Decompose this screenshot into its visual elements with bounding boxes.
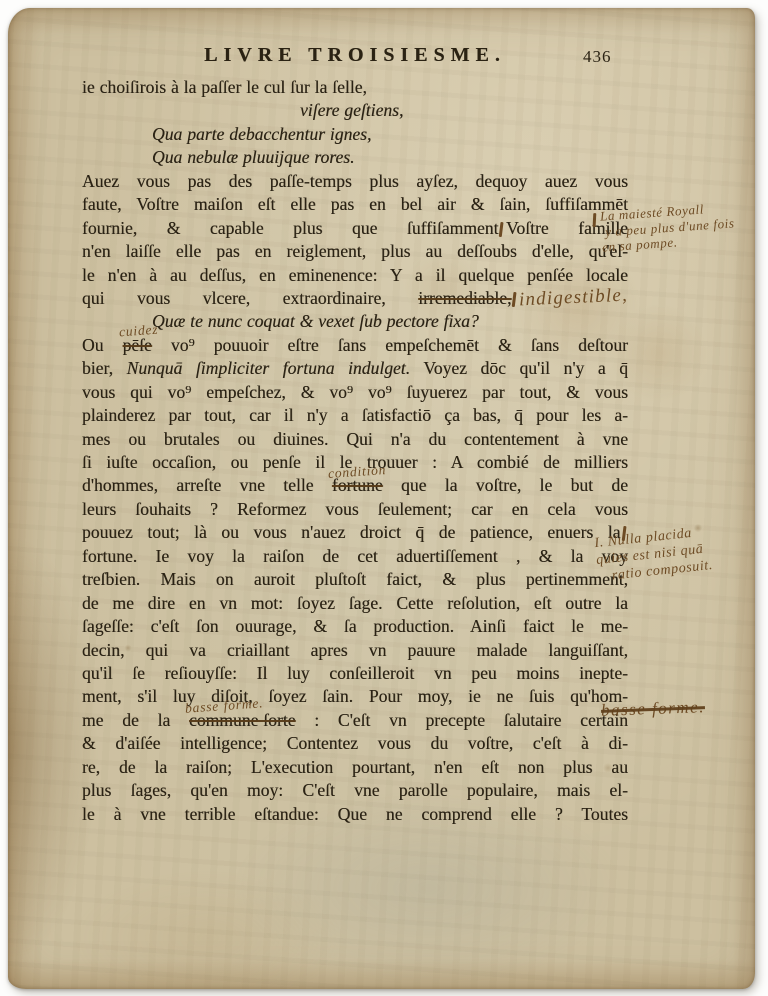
printed-text: Qua nebulæ pluuijque rores. xyxy=(152,147,355,167)
insertion-caret-mark xyxy=(499,222,503,237)
page-photo: LIVRE TROISIESME. 436 ie choiſirois à la… xyxy=(0,0,768,996)
printed-text: Qua parte debacchentur ignes, xyxy=(152,124,371,144)
printed-text: pouuez tout; là ou vous n'auez droict q̄… xyxy=(82,522,621,542)
text-line: le n'en à au deſſus, en eminenence: Y a … xyxy=(82,264,628,287)
text-line: viſere geſtiens, xyxy=(82,99,628,122)
text-line: decin, qui va criaillant apres vn pauure… xyxy=(82,639,628,662)
corrected-word: basse forme.commune ſorte xyxy=(189,709,296,732)
text-line: Ou cuidezpēſe vo⁹ pouuoir eſtre ſans emp… xyxy=(82,334,628,357)
text-line: fournie, & capable plus que ſuffiſamment… xyxy=(82,217,628,240)
printed-text: leurs ſouhaits ? Reformez vous ſeulement… xyxy=(82,499,628,519)
text-line: fortune. Ie voy la raiſon de cet aduerti… xyxy=(82,545,628,568)
printed-text: que la voſtre, le but de xyxy=(383,475,628,495)
printed-text: le à vne terrible eſtandue: Que ne compr… xyxy=(82,804,628,824)
printed-text: Nunquā ſimpliciter fortuna indulget. xyxy=(127,358,411,378)
text-line: Auez vous pas des paſſe-temps plus ayſez… xyxy=(82,170,628,193)
printed-text: Ou xyxy=(82,335,123,355)
text-line: plus ſages, qu'en moy: C'eſt vne parolle… xyxy=(82,779,628,802)
corrected-word: conditionfortune xyxy=(332,474,383,497)
text-line: mes ou brutales ou diuines. Qui n'a du c… xyxy=(82,428,628,451)
printed-text: vous qui vo⁹ empeſchez, & vo⁹ vo⁹ ſuyuer… xyxy=(82,382,628,402)
text-line: re, de la raiſon; L'execution pourtant, … xyxy=(82,756,628,779)
printed-text: mes ou brutales ou diuines. Qui n'a du c… xyxy=(82,429,628,449)
printed-text: qui vous vlcere, extraordinaire, xyxy=(82,288,418,308)
printed-text: fournie, & capable plus que ſuffiſamment xyxy=(82,218,498,238)
printed-text: decin, qui va criaillant apres vn pauure… xyxy=(82,640,628,660)
margin-note: La maiesté Royally a peu plus d'une fois… xyxy=(600,199,737,255)
printed-text: ſageſſe: c'eſt ſon ouurage, & ſa product… xyxy=(82,616,628,636)
insertion-caret-mark xyxy=(512,292,516,307)
printed-text: Quæ te nunc coquat & vexet ſub pectore f… xyxy=(152,311,479,331)
text-line: d'hommes, arreſte vne telle conditionfor… xyxy=(82,474,628,497)
text-line: leurs ſouhaits ? Reformez vous ſeulement… xyxy=(82,498,628,521)
margin-note: basse forme. xyxy=(601,699,705,718)
text-line: bier, Nunquā ſimpliciter fortuna indulge… xyxy=(82,357,628,380)
interlinear-correction: cuidez xyxy=(118,318,159,344)
text-line: faute, Voſtre maiſon eſt elle pas en bel… xyxy=(82,193,628,216)
printed-text: vo⁹ pouuoir eſtre ſans empeſchemēt & ſan… xyxy=(152,335,628,355)
text-line: treſbien. Mais on auroit pluſtoſt faict,… xyxy=(82,568,628,591)
printed-text: Auez vous pas des paſſe-temps plus ayſez… xyxy=(82,171,628,191)
handwritten-word: indigestible, xyxy=(518,284,628,312)
text-line: Qua nebulæ pluuijque rores. xyxy=(82,146,628,169)
printed-text: plainderez par tout, car il n'y a ſatisf… xyxy=(82,405,628,425)
printed-text: : C'eſt vn precepte ſalutaire certain xyxy=(296,710,628,730)
text-line: & d'aiſée intelligence; Contentez vous d… xyxy=(82,732,628,755)
printed-text: viſere geſtiens, xyxy=(300,100,403,120)
text-line: Quæ te nunc coquat & vexet ſub pectore f… xyxy=(82,310,628,333)
printed-text: qu'il ſe reſiouyſſe: Il luy conſeilleroi… xyxy=(82,663,628,683)
printed-text: plus ſages, qu'en moy: C'eſt vne parolle… xyxy=(82,780,628,800)
printed-text: irremediable, xyxy=(418,288,511,308)
text-line: Qua parte debacchentur ignes, xyxy=(82,123,628,146)
printed-text: treſbien. Mais on auroit pluſtoſt faict,… xyxy=(82,569,628,589)
printed-text: n'en laiſſe elle pas en reiglement, plus… xyxy=(82,241,628,261)
printed-text: fortune. Ie voy la raiſon de cet aduerti… xyxy=(82,546,628,566)
running-title: LIVRE TROISIESME. xyxy=(204,44,506,66)
text-line: me de la basse forme.commune ſorte : C'e… xyxy=(82,709,628,732)
printed-text: & d'aiſée intelligence; Contentez vous d… xyxy=(82,733,628,753)
text-line: pouuez tout; là ou vous n'auez droict q̄… xyxy=(82,521,628,544)
printed-text: ie choiſirois à la paſſer le cul ſur la … xyxy=(82,77,367,97)
text-block: ie choiſirois à la paſſer le cul ſur la … xyxy=(82,76,628,826)
margin-note-line: basse forme. xyxy=(601,699,705,718)
printed-text: faute, Voſtre maiſon eſt elle pas en bel… xyxy=(82,194,628,214)
printed-text: me de la xyxy=(82,710,189,730)
text-line: ment, s'il luy diſoit, ſoyez ſain. Pour … xyxy=(82,685,628,708)
text-line: le à vne terrible eſtandue: Que ne compr… xyxy=(82,803,628,826)
text-line: de me dire en vn mot: ſoyez ſage. Cette … xyxy=(82,592,628,615)
printed-text: de me dire en vn mot: ſoyez ſage. Cette … xyxy=(82,593,628,613)
printed-text: le n'en à au deſſus, en eminenence: Y a … xyxy=(82,265,628,285)
text-line: n'en laiſſe elle pas en reiglement, plus… xyxy=(82,240,628,263)
corrected-word: cuidezpēſe xyxy=(123,334,152,357)
interlinear-correction: condition xyxy=(327,458,387,485)
printed-text: d'hommes, arreſte vne telle xyxy=(82,475,332,495)
page-header: LIVRE TROISIESME. 436 xyxy=(82,44,628,67)
printed-text: re, de la raiſon; L'execution pourtant, … xyxy=(82,757,628,777)
text-line: vous qui vo⁹ empeſchez, & vo⁹ vo⁹ ſuyuer… xyxy=(82,381,628,404)
printed-text: Voyez dōc qu'il n'y a q̄ xyxy=(410,358,628,378)
text-line: qui vous vlcere, extraordinaire, irremed… xyxy=(82,287,628,310)
printed-text: bier, xyxy=(82,358,127,378)
page-number: 436 xyxy=(583,47,612,67)
text-line: ſageſſe: c'eſt ſon ouurage, & ſa product… xyxy=(82,615,628,638)
printed-text: ment, s'il luy diſoit, ſoyez ſain. Pour … xyxy=(82,686,628,706)
text-line: ie choiſirois à la paſſer le cul ſur la … xyxy=(82,76,628,99)
text-line: qu'il ſe reſiouyſſe: Il luy conſeilleroi… xyxy=(82,662,628,685)
text-line: plainderez par tout, car il n'y a ſatisf… xyxy=(82,404,628,427)
